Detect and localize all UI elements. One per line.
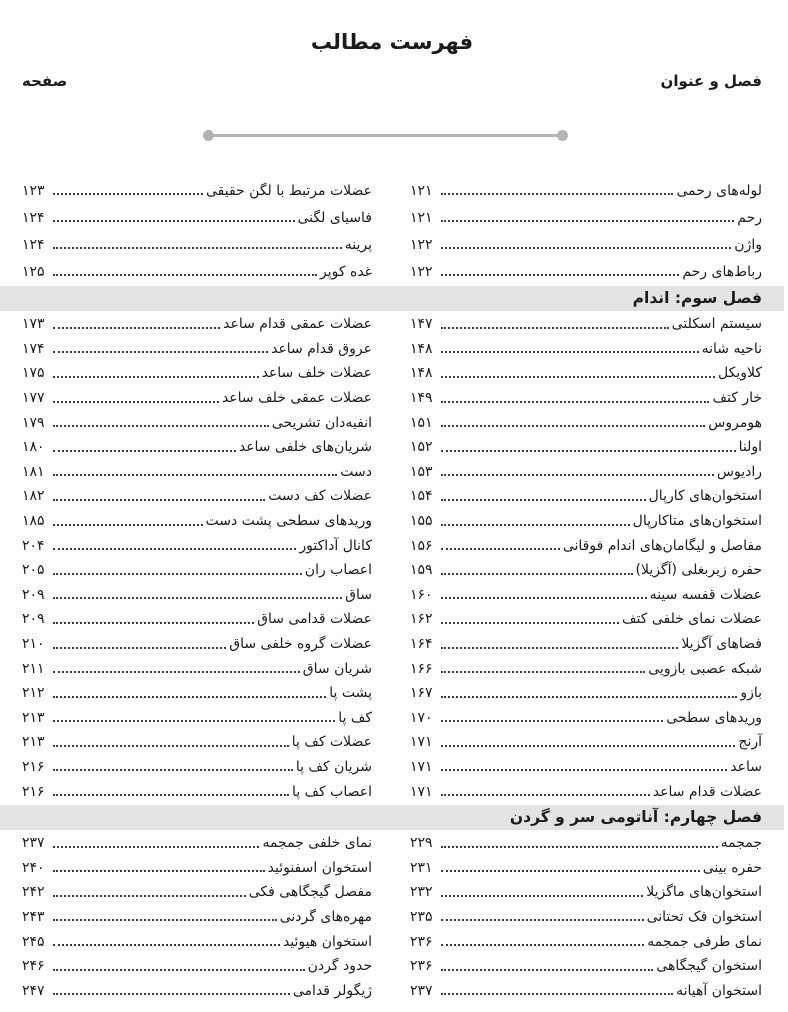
dot-leader bbox=[441, 664, 645, 673]
toc-column-right: لوله‌های رحمی۱۲۱رحم۱۲۱واژن۱۲۲رباط‌های رح… bbox=[410, 177, 762, 285]
dot-leader bbox=[53, 492, 265, 501]
dot-leader bbox=[53, 394, 219, 403]
toc-entry: آرنج۱۷۱ bbox=[410, 730, 762, 755]
toc-entry: عضلات مرتبط با لگن حقیقی۱۲۳ bbox=[22, 177, 372, 204]
toc-entry: مفصل گیجگاهی فکی۲۴۲ bbox=[22, 880, 372, 905]
toc-entry: کانال آداکتور۲۰۴ bbox=[22, 533, 372, 558]
toc-entry-page-number: ۱۵۹ bbox=[410, 562, 438, 578]
toc-entry-page-number: ۲۳۷ bbox=[22, 835, 50, 851]
toc-entry-title: استخوان گیجگاهی bbox=[656, 958, 762, 974]
toc-entry: حفره بینی۲۳۱ bbox=[410, 855, 762, 880]
toc-entry-page-number: ۲۰۹ bbox=[22, 587, 50, 603]
toc-entry: رباط‌های رحم۱۲۲ bbox=[410, 258, 762, 285]
toc-entry-page-number: ۲۱۳ bbox=[22, 734, 50, 750]
dot-leader bbox=[53, 369, 259, 378]
toc-entry-title: عضلات خلف ساعد bbox=[262, 365, 372, 381]
toc-entry-title: رباط‌های رحم bbox=[682, 264, 762, 280]
toc-entry: پشت پا۲۱۲ bbox=[22, 681, 372, 706]
toc-entry-page-number: ۱۷۰ bbox=[410, 710, 438, 726]
toc-entry-page-number: ۱۲۴ bbox=[22, 237, 50, 253]
toc-entry-page-number: ۱۲۱ bbox=[410, 183, 438, 199]
toc-entry: هومروس۱۵۱ bbox=[410, 410, 762, 435]
dot-leader bbox=[53, 566, 302, 575]
toc-entry-title: عضلات قدامی ساق bbox=[257, 611, 372, 627]
dot-leader bbox=[441, 418, 705, 427]
dot-leader bbox=[53, 863, 265, 872]
toc-entry-page-number: ۱۵۲ bbox=[410, 439, 438, 455]
toc-entry-page-number: ۱۴۸ bbox=[410, 341, 438, 357]
toc-entry: عضلات عمقی قدام ساعد۱۷۳ bbox=[22, 312, 372, 337]
toc-entry: عضلات کف دست۱۸۲ bbox=[22, 484, 372, 509]
toc-entry-page-number: ۱۸۵ bbox=[22, 513, 50, 529]
toc-entry: اولنا۱۵۲ bbox=[410, 435, 762, 460]
toc-entry: استخوان فک تحتانی۲۳۵ bbox=[410, 905, 762, 930]
dot-leader bbox=[53, 418, 269, 427]
toc-entry: استخوان هیوئید۲۴۵ bbox=[22, 929, 372, 954]
toc-entry: فاسیای لگنی۱۲۴ bbox=[22, 204, 372, 231]
toc-entry-page-number: ۱۲۲ bbox=[410, 237, 438, 253]
toc-entry-title: استخوان‌های ماگزیلا bbox=[646, 884, 762, 900]
toc-entry-page-number: ۲۴۳ bbox=[22, 909, 50, 925]
page-number-column-header: صفحه bbox=[22, 72, 67, 90]
toc-entry: دست۱۸۱ bbox=[22, 460, 372, 485]
toc-entry-title: کلاویکل bbox=[718, 365, 762, 381]
dot-leader bbox=[53, 689, 326, 698]
toc-entry-page-number: ۱۷۴ bbox=[22, 341, 50, 357]
toc-entry-title: شریان کف پا bbox=[296, 759, 372, 775]
toc-entry-page-number: ۲۳۶ bbox=[410, 934, 438, 950]
toc-entry-title: استخوان اسفنوئید bbox=[268, 860, 372, 876]
chapter-column-header: فصل و عنوان bbox=[661, 72, 762, 90]
dot-leader bbox=[53, 937, 280, 946]
toc-entry-page-number: ۲۴۷ bbox=[22, 983, 50, 999]
dot-leader bbox=[53, 664, 300, 673]
toc-entry: کف پا۲۱۳ bbox=[22, 706, 372, 731]
toc-entry-title: عضلات عمقی قدام ساعد bbox=[223, 316, 372, 332]
toc-entry-title: اولنا bbox=[739, 439, 762, 455]
toc-entry: ساعد۱۷۱ bbox=[410, 755, 762, 780]
dot-leader bbox=[441, 689, 737, 698]
toc-column-left: نمای خلفی جمجمه۲۳۷استخوان اسفنوئید۲۴۰مفص… bbox=[22, 831, 372, 1003]
toc-entry-title: ناحیه شانه bbox=[702, 341, 762, 357]
toc-entry-title: هومروس bbox=[708, 415, 762, 431]
dot-leader bbox=[441, 738, 735, 747]
toc-entry-page-number: ۱۶۴ bbox=[410, 636, 438, 652]
toc-entry-title: واژن bbox=[734, 237, 762, 253]
toc-entry-title: جمجمه bbox=[721, 835, 762, 851]
toc-entry-title: بازو bbox=[740, 685, 762, 701]
toc-entry-title: عضلات کف دست bbox=[268, 488, 372, 504]
toc-entry-page-number: ۲۱۶ bbox=[22, 759, 50, 775]
toc-entry-page-number: ۱۸۲ bbox=[22, 488, 50, 504]
toc-entry-page-number: ۲۲۹ bbox=[410, 835, 438, 851]
dot-leader bbox=[53, 213, 295, 222]
toc-entry-page-number: ۱۷۵ bbox=[22, 365, 50, 381]
toc-entry: ساق۲۰۹ bbox=[22, 583, 372, 608]
toc-entry: خار کتف۱۴۹ bbox=[410, 386, 762, 411]
toc-entry: وریدهای سطحی پشت دست۱۸۵ bbox=[22, 509, 372, 534]
toc-entry-title: خار کتف bbox=[712, 390, 762, 406]
dot-leader bbox=[53, 738, 289, 747]
toc-entry-page-number: ۱۶۰ bbox=[410, 587, 438, 603]
toc-column-left: عضلات عمقی قدام ساعد۱۷۳عروق قدام ساعد۱۷۴… bbox=[22, 312, 372, 804]
toc-entry-title: استخوان فک تحتانی bbox=[647, 909, 762, 925]
decorative-divider bbox=[203, 130, 568, 141]
toc-entry-title: وریدهای سطحی پشت دست bbox=[206, 513, 373, 529]
toc-entry-page-number: ۱۵۳ bbox=[410, 464, 438, 480]
dot-leader bbox=[441, 267, 679, 276]
toc-entry: اعصاب کف پا۲۱۶ bbox=[22, 779, 372, 804]
dot-leader bbox=[441, 517, 630, 526]
dot-leader bbox=[53, 443, 236, 452]
toc-entry-title: استخوان‌های کارپال bbox=[649, 488, 762, 504]
toc-entry-title: شریان‌های خلفی ساعد bbox=[239, 439, 372, 455]
dot-leader bbox=[441, 590, 647, 599]
toc-entry-title: لوله‌های رحمی bbox=[676, 183, 762, 199]
toc-entry: استخوان گیجگاهی۲۳۶ bbox=[410, 954, 762, 979]
dot-leader bbox=[53, 762, 293, 771]
toc-entry: نمای طرفی جمجمه۲۳۶ bbox=[410, 929, 762, 954]
toc-entry: پرینه۱۲۴ bbox=[22, 231, 372, 258]
toc-entry-title: سیستم اسکلتی bbox=[672, 316, 762, 332]
toc-column-right: سیستم اسکلتی۱۴۷ناحیه شانه۱۴۸کلاویکل۱۴۸خا… bbox=[410, 312, 762, 804]
dot-leader bbox=[53, 888, 246, 897]
toc-page: فهرست مطالب فصل و عنوان صفحه لوله‌های رح… bbox=[0, 0, 788, 1012]
toc-entry-title: حدود گردن bbox=[308, 958, 372, 974]
toc-entry: لوله‌های رحمی۱۲۱ bbox=[410, 177, 762, 204]
toc-entry: سیستم اسکلتی۱۴۷ bbox=[410, 312, 762, 337]
toc-entry-title: مفصل گیجگاهی فکی bbox=[249, 884, 372, 900]
dot-leader bbox=[441, 863, 700, 872]
toc-entry: وریدهای سطحی۱۷۰ bbox=[410, 706, 762, 731]
column-headers: فصل و عنوان صفحه bbox=[22, 72, 762, 90]
toc-entry-page-number: ۲۳۷ bbox=[410, 983, 438, 999]
toc-entry-page-number: ۱۲۴ bbox=[22, 210, 50, 226]
toc-entry-page-number: ۱۷۳ bbox=[22, 316, 50, 332]
toc-entry-title: عضلات نمای خلفی کتف bbox=[622, 611, 762, 627]
toc-entry-page-number: ۱۲۲ bbox=[410, 264, 438, 280]
toc-entry: عضلات قدام ساعد۱۷۱ bbox=[410, 779, 762, 804]
toc-entry-title: وریدهای سطحی bbox=[666, 710, 762, 726]
dot-leader bbox=[441, 492, 646, 501]
toc-entry: انفیه‌دان تشریحی۱۷۹ bbox=[22, 410, 372, 435]
toc-entry: استخوان اسفنوئید۲۴۰ bbox=[22, 855, 372, 880]
toc-entry: شریان ساق۲۱۱ bbox=[22, 656, 372, 681]
toc-entry-title: اعصاب ران bbox=[305, 562, 372, 578]
dot-leader bbox=[441, 888, 643, 897]
toc-entry: کلاویکل۱۴۸ bbox=[410, 361, 762, 386]
toc-entry-title: مهره‌های گردنی bbox=[280, 909, 372, 925]
toc-entry-page-number: ۱۷۱ bbox=[410, 759, 438, 775]
toc-entry-title: عضلات عمقی خلف ساعد bbox=[222, 390, 372, 406]
toc-block: سیستم اسکلتی۱۴۷ناحیه شانه۱۴۸کلاویکل۱۴۸خا… bbox=[22, 312, 762, 804]
toc-column-left: عضلات مرتبط با لگن حقیقی۱۲۳فاسیای لگنی۱۲… bbox=[22, 177, 372, 285]
toc-entry-page-number: ۲۱۲ bbox=[22, 685, 50, 701]
toc-entry: رادیوس۱۵۳ bbox=[410, 460, 762, 485]
toc-entry-page-number: ۲۴۵ bbox=[22, 934, 50, 950]
toc-entry: ناحیه شانه۱۴۸ bbox=[410, 337, 762, 362]
toc-entry: بازو۱۶۷ bbox=[410, 681, 762, 706]
dot-leader bbox=[53, 912, 277, 921]
toc-block: لوله‌های رحمی۱۲۱رحم۱۲۱واژن۱۲۲رباط‌های رح… bbox=[22, 177, 762, 285]
toc-entry-page-number: ۱۷۱ bbox=[410, 734, 438, 750]
toc-entry-title: عضلات کف پا bbox=[292, 734, 372, 750]
dot-leader bbox=[53, 240, 342, 249]
page-title: فهرست مطالب bbox=[22, 0, 762, 54]
dot-leader bbox=[53, 517, 203, 526]
toc-entry-title: رادیوس bbox=[717, 464, 762, 480]
toc-entry: غده کوپر۱۲۵ bbox=[22, 258, 372, 285]
toc-entry-title: شریان ساق bbox=[303, 661, 372, 677]
toc-entry: جمجمه۲۲۹ bbox=[410, 831, 762, 856]
toc-entry-page-number: ۱۴۸ bbox=[410, 365, 438, 381]
dot-leader bbox=[53, 713, 335, 722]
divider-dot bbox=[557, 130, 568, 141]
toc-entry-page-number: ۱۶۲ bbox=[410, 611, 438, 627]
toc-entry: استخوان آهیانه۲۳۷ bbox=[410, 978, 762, 1003]
dot-leader bbox=[53, 267, 317, 276]
toc-entry-title: فضاهای آگزیلا bbox=[681, 636, 762, 652]
dot-leader bbox=[441, 839, 718, 848]
toc-entry-page-number: ۱۶۷ bbox=[410, 685, 438, 701]
toc-entry-title: مفاصل و لیگامان‌های اندام فوقانی bbox=[563, 538, 762, 554]
toc-entry-page-number: ۱۲۳ bbox=[22, 183, 50, 199]
toc-entry: عروق قدام ساعد۱۷۴ bbox=[22, 337, 372, 362]
dot-leader bbox=[441, 937, 644, 946]
toc-entry-title: شبکه عصبی بازویی bbox=[648, 661, 762, 677]
toc-entry: عضلات قدامی ساق۲۰۹ bbox=[22, 607, 372, 632]
toc-entry-title: فاسیای لگنی bbox=[298, 210, 372, 226]
toc-entry: عضلات عمقی خلف ساعد۱۷۷ bbox=[22, 386, 372, 411]
toc-entry-page-number: ۱۷۷ bbox=[22, 390, 50, 406]
toc-entry-page-number: ۱۶۶ bbox=[410, 661, 438, 677]
toc-entry-title: عضلات قفسه سینه bbox=[650, 587, 762, 603]
toc-entry: استخوان‌های کارپال۱۵۴ bbox=[410, 484, 762, 509]
dot-leader bbox=[53, 615, 254, 624]
toc-entry-title: اعصاب کف پا bbox=[292, 784, 372, 800]
dot-leader bbox=[441, 640, 678, 649]
toc-entry-page-number: ۱۵۴ bbox=[410, 488, 438, 504]
dot-leader bbox=[441, 344, 699, 353]
dot-leader bbox=[441, 541, 560, 550]
toc-entry-page-number: ۲۴۰ bbox=[22, 860, 50, 876]
toc-entry: عضلات خلف ساعد۱۷۵ bbox=[22, 361, 372, 386]
toc-entry-page-number: ۲۱۰ bbox=[22, 636, 50, 652]
dot-leader bbox=[441, 713, 663, 722]
toc-entry: اعصاب ران۲۰۵ bbox=[22, 558, 372, 583]
toc-entry-page-number: ۲۳۵ bbox=[410, 909, 438, 925]
toc-entry: استخوان‌های متاکارپال۱۵۵ bbox=[410, 509, 762, 534]
dot-leader bbox=[441, 369, 715, 378]
toc-entry-page-number: ۲۳۶ bbox=[410, 958, 438, 974]
dot-leader bbox=[53, 787, 289, 796]
toc-entry: فضاهای آگزیلا۱۶۴ bbox=[410, 632, 762, 657]
toc-entry-page-number: ۱۸۰ bbox=[22, 439, 50, 455]
toc-entry: عضلات نمای خلفی کتف۱۶۲ bbox=[410, 607, 762, 632]
toc-entry-page-number: ۱۸۱ bbox=[22, 464, 50, 480]
dot-leader bbox=[53, 344, 268, 353]
dot-leader bbox=[441, 186, 673, 195]
chapter-heading: فصل چهارم: آناتومی سر و گردن bbox=[0, 805, 784, 830]
dot-leader bbox=[441, 986, 673, 995]
toc-entry: شریان‌های خلفی ساعد۱۸۰ bbox=[22, 435, 372, 460]
toc-entry-title: حفره بینی bbox=[703, 860, 762, 876]
toc-entry-page-number: ۲۴۲ bbox=[22, 884, 50, 900]
toc-entry-title: عضلات قدام ساعد bbox=[653, 784, 762, 800]
toc-entry-title: عضلات مرتبط با لگن حقیقی bbox=[206, 183, 372, 199]
toc-entry: شبکه عصبی بازویی۱۶۶ bbox=[410, 656, 762, 681]
toc-entry-title: ژیگولر قدامی bbox=[293, 983, 372, 999]
toc-column-right: جمجمه۲۲۹حفره بینی۲۳۱استخوان‌های ماگزیلا۲… bbox=[410, 831, 762, 1003]
toc-entry: عضلات گروه خلفی ساق۲۱۰ bbox=[22, 632, 372, 657]
toc-entry: واژن۱۲۲ bbox=[410, 231, 762, 258]
dot-leader bbox=[53, 962, 305, 971]
toc-entry-title: ساق bbox=[345, 587, 372, 603]
toc-entry-title: دست bbox=[340, 464, 372, 480]
dot-leader bbox=[53, 986, 290, 995]
toc-body: لوله‌های رحمی۱۲۱رحم۱۲۱واژن۱۲۲رباط‌های رح… bbox=[22, 177, 762, 1003]
dot-leader bbox=[53, 590, 342, 599]
toc-entry-title: استخوان هیوئید bbox=[283, 934, 372, 950]
toc-entry-title: غده کوپر bbox=[320, 264, 372, 280]
dot-leader bbox=[441, 787, 650, 796]
toc-entry-title: پشت پا bbox=[329, 685, 372, 701]
toc-entry-page-number: ۱۲۵ bbox=[22, 264, 50, 280]
toc-entry: رحم۱۲۱ bbox=[410, 204, 762, 231]
dot-leader bbox=[441, 443, 736, 452]
dot-leader bbox=[441, 467, 714, 476]
toc-entry-page-number: ۱۵۵ bbox=[410, 513, 438, 529]
dot-leader bbox=[53, 839, 259, 848]
toc-entry-page-number: ۱۷۱ bbox=[410, 784, 438, 800]
toc-entry-title: نمای طرفی جمجمه bbox=[647, 934, 762, 950]
toc-entry-page-number: ۲۱۳ bbox=[22, 710, 50, 726]
toc-entry-title: عروق قدام ساعد bbox=[271, 341, 372, 357]
toc-entry-title: رحم bbox=[737, 210, 762, 226]
dot-leader bbox=[441, 566, 633, 575]
toc-entry-title: عضلات گروه خلفی ساق bbox=[229, 636, 372, 652]
dot-leader bbox=[53, 640, 226, 649]
dot-leader bbox=[441, 615, 619, 624]
toc-entry-page-number: ۲۳۱ bbox=[410, 860, 438, 876]
dot-leader bbox=[441, 962, 653, 971]
toc-entry-title: استخوان‌های متاکارپال bbox=[633, 513, 762, 529]
toc-block: جمجمه۲۲۹حفره بینی۲۳۱استخوان‌های ماگزیلا۲… bbox=[22, 831, 762, 1003]
dot-leader bbox=[441, 762, 727, 771]
dot-leader bbox=[441, 394, 709, 403]
toc-entry-page-number: ۱۷۹ bbox=[22, 415, 50, 431]
dot-leader bbox=[53, 467, 337, 476]
toc-entry: حدود گردن۲۴۶ bbox=[22, 954, 372, 979]
dot-leader bbox=[53, 320, 220, 329]
toc-entry-title: نمای خلفی جمجمه bbox=[262, 835, 372, 851]
divider-line bbox=[207, 134, 564, 137]
toc-entry-page-number: ۲۰۹ bbox=[22, 611, 50, 627]
dot-leader bbox=[53, 186, 203, 195]
toc-entry: حفره زیربغلی (آگزیلا)۱۵۹ bbox=[410, 558, 762, 583]
toc-entry-title: پرینه bbox=[345, 237, 372, 253]
dot-leader bbox=[441, 912, 644, 921]
dot-leader bbox=[441, 320, 669, 329]
toc-entry-page-number: ۱۲۱ bbox=[410, 210, 438, 226]
toc-entry-page-number: ۲۰۴ bbox=[22, 538, 50, 554]
toc-entry-title: آرنج bbox=[738, 734, 762, 750]
dot-leader bbox=[53, 541, 296, 550]
toc-entry-page-number: ۲۱۶ bbox=[22, 784, 50, 800]
toc-entry: مفاصل و لیگامان‌های اندام فوقانی۱۵۶ bbox=[410, 533, 762, 558]
toc-entry-page-number: ۱۴۷ bbox=[410, 316, 438, 332]
toc-entry: استخوان‌های ماگزیلا۲۳۲ bbox=[410, 880, 762, 905]
toc-entry-title: حفره زیربغلی (آگزیلا) bbox=[636, 562, 763, 578]
toc-entry-page-number: ۲۱۱ bbox=[22, 661, 50, 677]
toc-entry: شریان کف پا۲۱۶ bbox=[22, 755, 372, 780]
toc-entry-page-number: ۱۴۹ bbox=[410, 390, 438, 406]
toc-entry-title: ساعد bbox=[730, 759, 762, 775]
toc-entry-page-number: ۱۵۶ bbox=[410, 538, 438, 554]
toc-entry-title: کانال آداکتور bbox=[299, 538, 372, 554]
toc-entry: مهره‌های گردنی۲۴۳ bbox=[22, 905, 372, 930]
toc-entry: ژیگولر قدامی۲۴۷ bbox=[22, 978, 372, 1003]
toc-entry: عضلات قفسه سینه۱۶۰ bbox=[410, 583, 762, 608]
chapter-heading: فصل سوم: اندام bbox=[0, 286, 784, 311]
dot-leader bbox=[441, 240, 731, 249]
toc-entry-page-number: ۱۵۱ bbox=[410, 415, 438, 431]
toc-entry: عضلات کف پا۲۱۳ bbox=[22, 730, 372, 755]
toc-entry-page-number: ۲۰۵ bbox=[22, 562, 50, 578]
toc-entry-title: انفیه‌دان تشریحی bbox=[272, 415, 372, 431]
toc-entry-page-number: ۲۳۲ bbox=[410, 884, 438, 900]
dot-leader bbox=[441, 213, 734, 222]
toc-entry-title: کف پا bbox=[338, 710, 372, 726]
toc-entry: نمای خلفی جمجمه۲۳۷ bbox=[22, 831, 372, 856]
toc-entry-page-number: ۲۴۶ bbox=[22, 958, 50, 974]
toc-entry-title: استخوان آهیانه bbox=[676, 983, 762, 999]
